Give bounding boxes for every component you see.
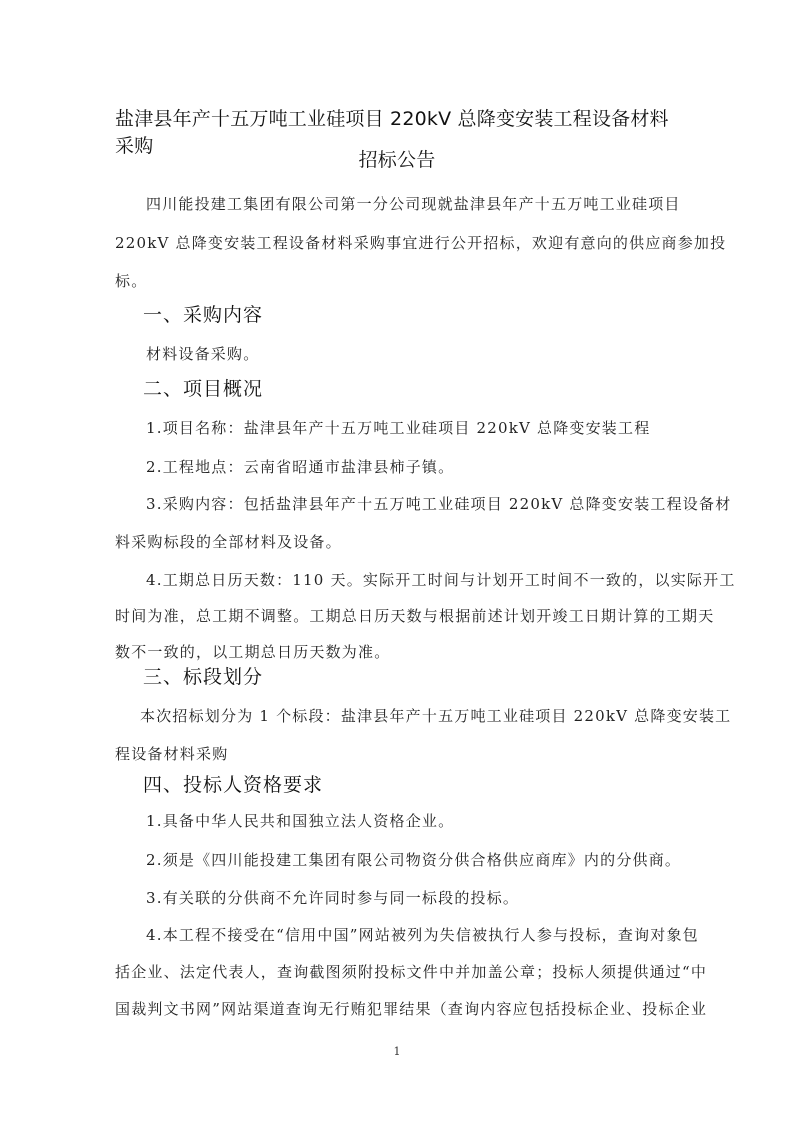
section-line: 材料设备采购。 (146, 343, 259, 364)
section-heading-qualifications: 四、投标人资格要求 (143, 770, 323, 797)
section-line: 1.具备中华人民共和国独立法人资格企业。 (146, 810, 454, 831)
section-line: 2.须是《四川能投建工集团有限公司物资分供合格供应商库》内的分供商。 (146, 849, 681, 870)
document-page: 盐津县年产十五万吨工业硅项目 220kV 总降变安装工程设备材料采购 招标公告 … (0, 0, 794, 1123)
document-title-line2: 招标公告 (0, 145, 794, 172)
intro-line: 220kV 总降变安装工程设备材料采购事宜进行公开招标，欢迎有意向的供应商参加投 (115, 232, 726, 253)
section-heading-lots: 三、标段划分 (143, 662, 263, 689)
section-line: 本次招标划分为 1 个标段：盐津县年产十五万吨工业硅项目 220kV 总降变安装… (140, 705, 731, 726)
section-line: 3.采购内容：包括盐津县年产十五万吨工业硅项目 220kV 总降变安装工程设备材 (146, 493, 731, 514)
section-line: 程设备材料采购 (115, 743, 228, 764)
section-line: 国裁判文书网”网站渠道查询无行贿犯罪结果（查询内容应包括投标企业、投标企业 (115, 998, 707, 1019)
section-line: 括企业、法定代表人，查询截图须附投标文件中并加盖公章；投标人须提供通过“中 (115, 961, 707, 982)
section-line: 4.工期总日历天数：110 天。实际开工时间与计划开工时间不一致的，以实际开工 (146, 569, 736, 590)
section-line: 4.本工程不接受在“信用中国”网站被列为失信被执行人参与投标，查询对象包 (146, 924, 699, 945)
page-number: 1 (0, 1045, 794, 1058)
section-heading-overview: 二、项目概况 (143, 374, 263, 401)
section-heading-procurement: 一、采购内容 (143, 300, 263, 327)
intro-line: 标。 (115, 270, 147, 291)
section-line: 2.工程地点：云南省昭通市盐津县柿子镇。 (146, 456, 454, 477)
intro-line: 四川能投建工集团有限公司第一分公司现就盐津县年产十五万吨工业硅项目 (146, 193, 681, 214)
section-line: 1.项目名称：盐津县年产十五万吨工业硅项目 220kV 总降变安装工程 (146, 417, 650, 438)
section-line: 时间为准，总工期不调整。工期总日历天数与根据前述计划开竣工日期计算的工期天 (115, 605, 714, 626)
section-line: 数不一致的，以工期总日历天数为准。 (115, 641, 390, 662)
section-line: 3.有关联的分供商不允许同时参与同一标段的投标。 (146, 887, 519, 908)
section-line: 料采购标段的全部材料及设备。 (115, 531, 342, 552)
